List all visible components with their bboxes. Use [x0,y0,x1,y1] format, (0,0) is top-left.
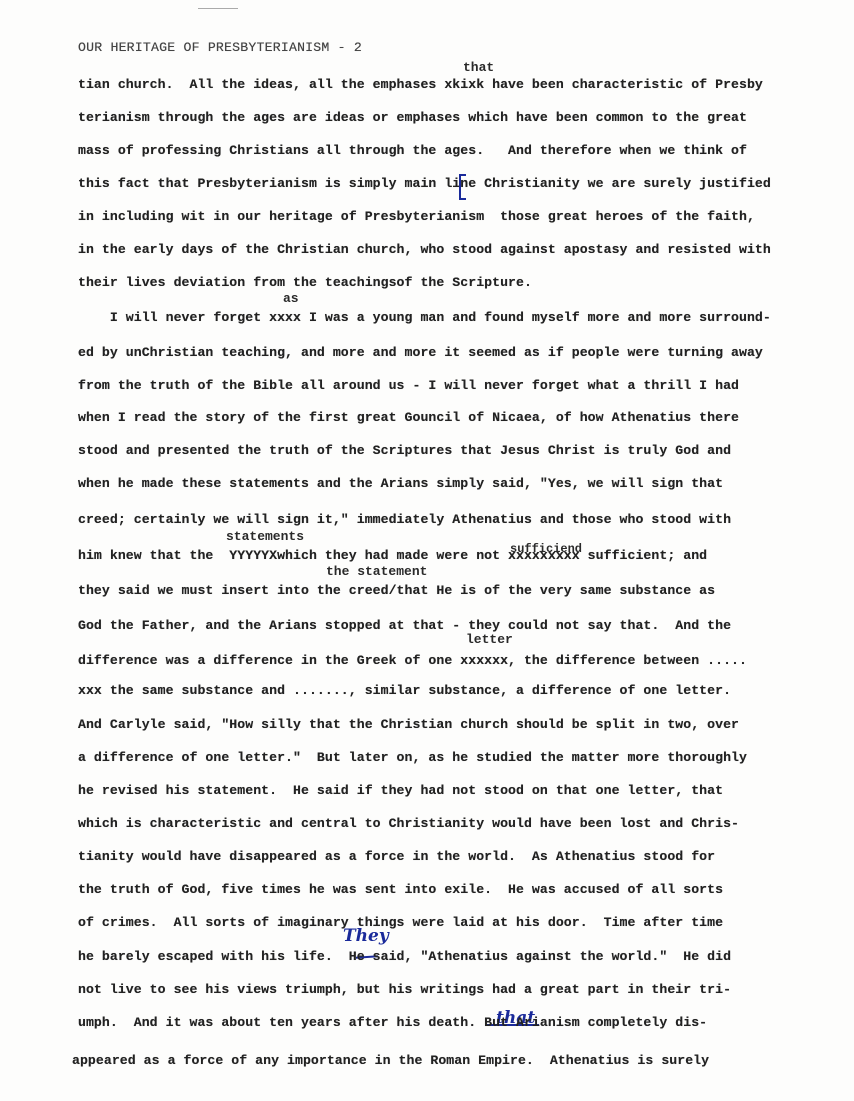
text-line-15: him knew that the YYYYYXwhich they had m… [78,548,707,564]
insertion-statements: statements [226,530,304,544]
text-line-1: tian church. All the ideas, all the emph… [78,77,763,93]
text-line-9: ed by unChristian teaching, and more and… [78,345,763,361]
text-line-22: he revised his statement. He said if the… [78,783,723,799]
text-line-18: difference was a difference in the Greek… [78,653,747,669]
text-line-29: umph. And it was about ten years after h… [78,1015,707,1031]
insertion-that: that [463,61,494,75]
insertion-as: as [283,292,299,306]
text-line-12: stood and presented the truth of the Scr… [78,443,731,459]
text-line-25: the truth of God, five times he was sent… [78,882,723,898]
text-line-6: in the early days of the Christian churc… [78,242,771,258]
text-line-13: when he made these statements and the Ar… [78,476,723,492]
insertion-letter: letter [466,633,513,647]
page-header: OUR HERITAGE OF PRESBYTERIANISM - 2 [78,40,362,56]
text-line-11: when I read the story of the first great… [78,410,739,426]
text-line-24: tianity would have disappeared as a forc… [78,849,715,865]
text-line-8: I will never forget xxxx I was a young m… [78,310,771,326]
text-line-10: from the truth of the Bible all around u… [78,378,739,394]
handwritten-close-up-mark [459,174,466,200]
text-line-14: creed; certainly we will sign it," immed… [78,512,731,528]
paper-blemish [198,8,238,9]
text-line-26: of crimes. All sorts of imaginary things… [78,915,723,931]
text-line-20: And Carlyle said, "How silly that the Ch… [78,717,739,733]
insertion-the-statement: the statement [326,565,427,579]
typewritten-page: OUR HERITAGE OF PRESBYTERIANISM - 2 that… [0,0,854,1101]
text-line-17: God the Father, and the Arians stopped a… [78,618,731,634]
text-line-30: appeared as a force of any importance in… [72,1053,709,1069]
text-line-4: this fact that Presbyterianism is simply… [78,176,771,192]
text-line-5: in including wit in our heritage of Pres… [78,209,755,225]
handwritten-they: They [343,926,389,946]
text-line-3: mass of professing Christians all throug… [78,143,747,159]
text-line-2: terianism through the ages are ideas or … [78,110,747,126]
text-line-27: he barely escaped with his life. He said… [78,949,731,965]
text-line-21: a difference of one letter." But later o… [78,750,747,766]
text-line-7: their lives deviation from the teachings… [78,275,532,291]
text-line-19: xxx the same substance and ......., simi… [78,683,731,699]
text-line-16: they said we must insert into the creed/… [78,583,715,599]
text-line-23: which is characteristic and central to C… [78,816,739,832]
text-line-28: not live to see his views triumph, but h… [78,982,731,998]
